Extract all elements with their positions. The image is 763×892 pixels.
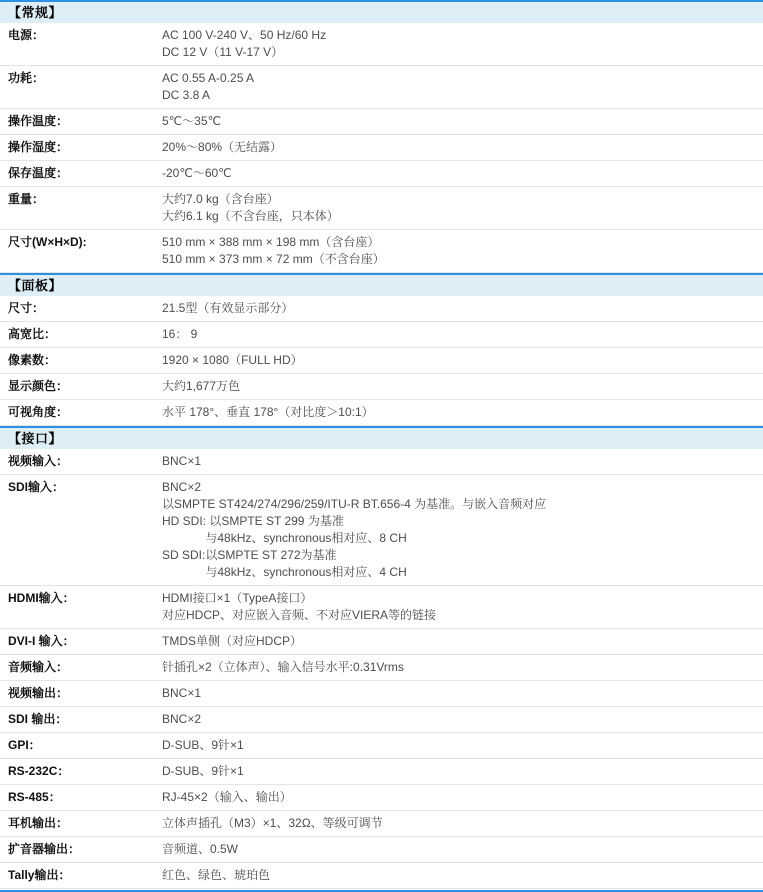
spec-value: 20%～80%（无结露）: [162, 139, 763, 156]
spec-row: 扩音器输出：音频道、0.5W: [0, 837, 763, 863]
spec-label: 高宽比：: [0, 326, 162, 343]
spec-label: RS-485：: [0, 789, 162, 806]
spec-label: Tally输出：: [0, 867, 162, 884]
spec-value: 红色、绿色、琥珀色: [162, 867, 763, 884]
spec-label: DVI-I 输入：: [0, 633, 162, 650]
spec-value: 1920 × 1080（FULL HD）: [162, 352, 763, 369]
spec-value: AC 0.55 A-0.25 A DC 3.8 A: [162, 70, 763, 104]
spec-row: 视频输出：BNC×1: [0, 681, 763, 707]
spec-value: RJ-45×2（输入、输出）: [162, 789, 763, 806]
spec-label: 显示颜色：: [0, 378, 162, 395]
spec-label: 视频输入：: [0, 453, 162, 470]
spec-value: 21.5型（有效显示部分）: [162, 300, 763, 317]
section-header: 【接口】: [0, 426, 763, 449]
section-header: 【常规】: [0, 0, 763, 23]
spec-value: 针插孔×2（立体声）、输入信号水平:0.31Vrms: [162, 659, 763, 676]
spec-value: 大约7.0 kg（含台座） 大约6.1 kg（不含台座，只本体）: [162, 191, 763, 225]
spec-row: 耳机输出：立体声插孔（M3）×1、32Ω、等级可调节: [0, 811, 763, 837]
spec-row: 操作温度：5℃～35℃: [0, 109, 763, 135]
spec-value: D-SUB、9针×1: [162, 763, 763, 780]
spec-row: 视频输入：BNC×1: [0, 449, 763, 475]
spec-value: TMDS单侧（对应HDCP）: [162, 633, 763, 650]
spec-value: 16： 9: [162, 326, 763, 343]
spec-label: HDMI输入：: [0, 590, 162, 607]
spec-value: 立体声插孔（M3）×1、32Ω、等级可调节: [162, 815, 763, 832]
spec-row: RS-485：RJ-45×2（输入、输出）: [0, 785, 763, 811]
spec-row: 高宽比：16： 9: [0, 322, 763, 348]
spec-label: 保存温度：: [0, 165, 162, 182]
spec-label: 耳机输出：: [0, 815, 162, 832]
spec-label: SDI输入：: [0, 479, 162, 496]
spec-value: BNC×2 以SMPTE ST424/274/296/259/ITU-R BT.…: [162, 479, 763, 581]
spec-label: 像素数：: [0, 352, 162, 369]
spec-label: 重量：: [0, 191, 162, 208]
spec-value: AC 100 V-240 V、50 Hz/60 Hz DC 12 V（11 V-…: [162, 27, 763, 61]
spec-label: 功耗：: [0, 70, 162, 87]
spec-label: 电源：: [0, 27, 162, 44]
spec-value: 大约1,677万色: [162, 378, 763, 395]
spec-value: 音频道、0.5W: [162, 841, 763, 858]
spec-row: 可视角度：水平 178°、垂直 178°（对比度＞10:1）: [0, 400, 763, 426]
spec-label: GPI：: [0, 737, 162, 754]
spec-row: RS-232C：D-SUB、9针×1: [0, 759, 763, 785]
spec-row: GPI：D-SUB、9针×1: [0, 733, 763, 759]
spec-value: 5℃～35℃: [162, 113, 763, 130]
spec-value: D-SUB、9针×1: [162, 737, 763, 754]
spec-row: SDI输入：BNC×2 以SMPTE ST424/274/296/259/ITU…: [0, 475, 763, 586]
spec-value: 水平 178°、垂直 178°（对比度＞10:1）: [162, 404, 763, 421]
spec-value: HDMI接口×1（TypeA接口） 对应HDCP、对应嵌入音频、不对应VIERA…: [162, 590, 763, 624]
spec-label: RS-232C：: [0, 763, 162, 780]
spec-label: SDI 输出：: [0, 711, 162, 728]
spec-label: 尺寸：: [0, 300, 162, 317]
spec-table: 【常规】电源：AC 100 V-240 V、50 Hz/60 Hz DC 12 …: [0, 0, 763, 892]
spec-row: 显示颜色：大约1,677万色: [0, 374, 763, 400]
spec-row: SDI 输出：BNC×2: [0, 707, 763, 733]
spec-label: 操作温度：: [0, 113, 162, 130]
spec-label: 视频输出：: [0, 685, 162, 702]
spec-label: 音频输入：: [0, 659, 162, 676]
spec-row: 操作湿度：20%～80%（无结露）: [0, 135, 763, 161]
spec-value: BNC×1: [162, 685, 763, 702]
spec-value: BNC×2: [162, 711, 763, 728]
spec-row: DVI-I 输入：TMDS单侧（对应HDCP）: [0, 629, 763, 655]
spec-row: 音频输入：针插孔×2（立体声）、输入信号水平:0.31Vrms: [0, 655, 763, 681]
spec-label: 操作湿度：: [0, 139, 162, 156]
spec-label: 可视角度：: [0, 404, 162, 421]
spec-value: -20℃～60℃: [162, 165, 763, 182]
spec-value: BNC×1: [162, 453, 763, 470]
spec-label: 尺寸(W×H×D):: [0, 234, 162, 251]
spec-row: 尺寸(W×H×D):510 mm × 388 mm × 198 mm（含台座） …: [0, 230, 763, 273]
spec-row: 保存温度：-20℃～60℃: [0, 161, 763, 187]
spec-row: Tally输出：红色、绿色、琥珀色: [0, 863, 763, 889]
spec-row: HDMI输入：HDMI接口×1（TypeA接口） 对应HDCP、对应嵌入音频、不…: [0, 586, 763, 629]
spec-value: 510 mm × 388 mm × 198 mm（含台座） 510 mm × 3…: [162, 234, 763, 268]
spec-row: 像素数：1920 × 1080（FULL HD）: [0, 348, 763, 374]
spec-row: 尺寸：21.5型（有效显示部分）: [0, 296, 763, 322]
spec-row: 功耗：AC 0.55 A-0.25 A DC 3.8 A: [0, 66, 763, 109]
section-header: 【面板】: [0, 273, 763, 296]
spec-row: 电源：AC 100 V-240 V、50 Hz/60 Hz DC 12 V（11…: [0, 23, 763, 66]
spec-label: 扩音器输出：: [0, 841, 162, 858]
spec-row: 重量：大约7.0 kg（含台座） 大约6.1 kg（不含台座，只本体）: [0, 187, 763, 230]
